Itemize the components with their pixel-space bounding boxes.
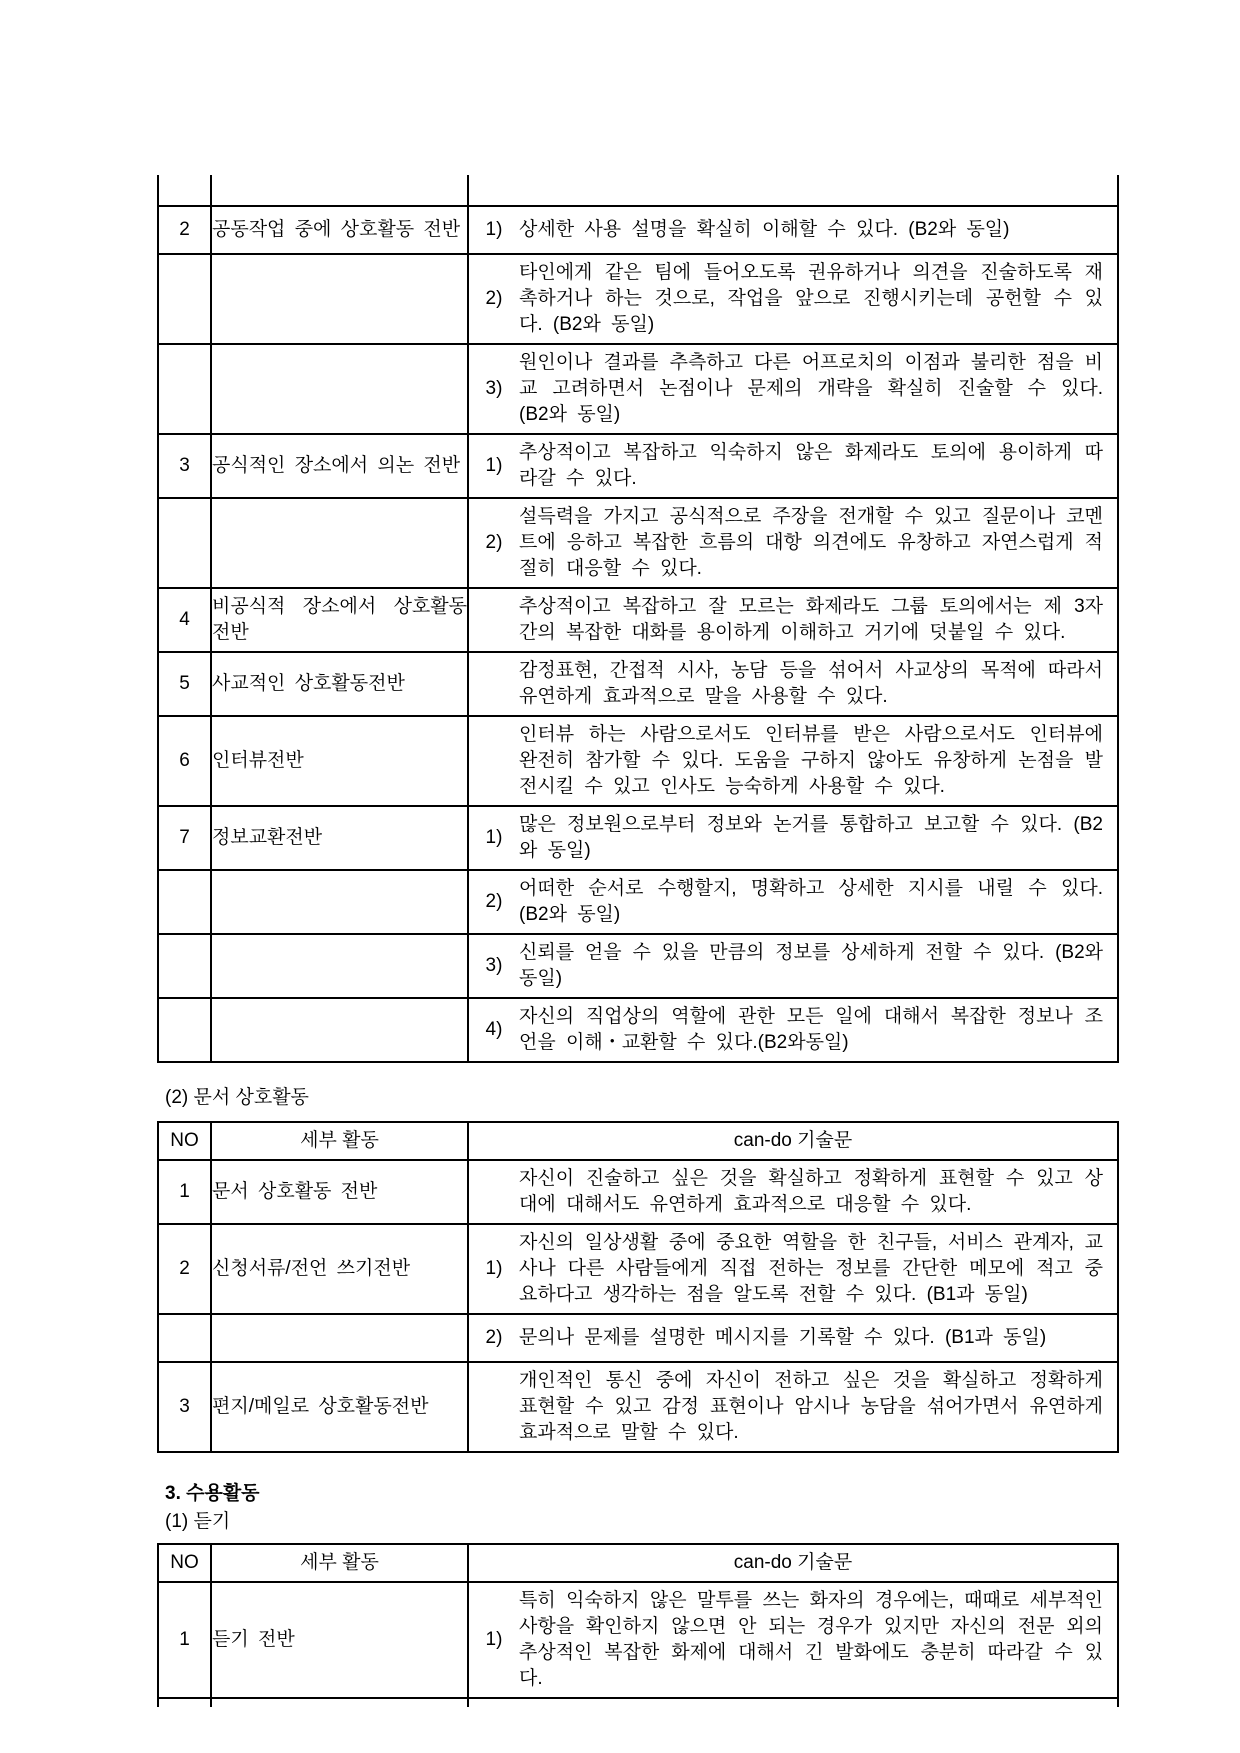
row-number-cell: 3 xyxy=(158,434,211,498)
cando-cell: 2) 타인에게 같은 팀에 들어오도록 권유하거나 의견을 진술하도록 재촉하거… xyxy=(468,254,1118,344)
table-row: 7 정보교환전반 1) 많은 정보원으로부터 정보와 논거를 통합하고 보고할 … xyxy=(158,806,1118,870)
cando-cell: 1) 많은 정보원으로부터 정보와 논거를 통합하고 보고할 수 있다. (B2… xyxy=(468,806,1118,870)
cando-cell: 1) 상세한 사용 설명을 확실히 이해할 수 있다. (B2와 동일) xyxy=(468,206,1118,254)
table-row: 2) 문의나 문제를 설명한 메시지를 기록할 수 있다. (B1과 동일) xyxy=(158,1314,1118,1362)
row-number-cell: 4 xyxy=(158,588,211,652)
table-row: 3) 신뢰를 얻을 수 있을 만큼의 정보를 상세하게 전할 수 있다. (B2… xyxy=(158,934,1118,998)
section-heading-written-interaction: (2) 문서 상호활동 xyxy=(165,1085,1240,1111)
col-header-activity: 세부 활동 xyxy=(211,1544,468,1582)
table-row: 6 인터뷰전반 인터뷰 하는 사람으로서도 인터뷰를 받은 사람으로서도 인터뷰… xyxy=(158,716,1118,806)
row-number-cell xyxy=(158,344,211,434)
activity-cell: 사교적인 상호활동전반 xyxy=(211,652,468,716)
cando-cell: 2) 설득력을 가지고 공식적으로 주장을 전개할 수 있고 질문이나 코멘트에… xyxy=(468,498,1118,588)
item-number: 1) xyxy=(469,1627,519,1653)
row-number-cell: 3 xyxy=(158,1362,211,1452)
cando-cell xyxy=(468,175,1118,206)
activity-cell xyxy=(211,870,468,934)
activity-cell xyxy=(211,998,468,1062)
table-row: 4 비공식적 장소에서 상호활동전반 추상적이고 복잡하고 잘 모르는 화제라도… xyxy=(158,588,1118,652)
activity-cell: 인터뷰전반 xyxy=(211,716,468,806)
page-content: 2 공동작업 중에 상호활동 전반 1) 상세한 사용 설명을 확실히 이해할 … xyxy=(0,0,1240,1707)
cando-cell: 1) 자신의 일상생활 중에 중요한 역할을 한 친구들, 서비스 관계자, 교… xyxy=(468,1224,1118,1314)
item-number: 2) xyxy=(469,530,519,556)
item-number: 1) xyxy=(469,825,519,851)
cando-item: 2) 설득력을 가지고 공식적으로 주장을 전개할 수 있고 질문이나 코멘트에… xyxy=(469,499,1117,587)
cando-cell: 자신이 진술하고 싶은 것을 확실하고 정확하게 표현할 수 있고 상대에 대해… xyxy=(468,1160,1118,1224)
table-row: 3 편지/메일로 상호활동전반 개인적인 통신 중에 자신이 전하고 싶은 것을… xyxy=(158,1362,1118,1452)
section-heading-reception: 3. 수용활동 xyxy=(165,1481,1240,1507)
table-row: 5 사교적인 상호활동전반 감정표현, 간접적 시사, 농담 등을 섞어서 사교… xyxy=(158,652,1118,716)
spoken-interaction-table-continued: 2 공동작업 중에 상호활동 전반 1) 상세한 사용 설명을 확실히 이해할 … xyxy=(157,175,1119,1063)
table-row: 2) 설득력을 가지고 공식적으로 주장을 전개할 수 있고 질문이나 코멘트에… xyxy=(158,498,1118,588)
item-text: 설득력을 가지고 공식적으로 주장을 전개할 수 있고 질문이나 코멘트에 응하… xyxy=(519,499,1117,587)
table-row: 2) 어떠한 순서로 수행할지, 명확하고 상세한 지시를 내릴 수 있다. (… xyxy=(158,870,1118,934)
item-text: 신뢰를 얻을 수 있을 만큼의 정보를 상세하게 전할 수 있다. (B2와 동… xyxy=(519,935,1117,997)
cando-item: 인터뷰 하는 사람으로서도 인터뷰를 받은 사람으로서도 인터뷰에 완전히 참가… xyxy=(469,717,1117,805)
activity-cell xyxy=(211,344,468,434)
item-number: 1) xyxy=(469,217,519,243)
cando-cell: 추상적이고 복잡하고 잘 모르는 화제라도 그룹 토의에서는 제 3자간의 복잡… xyxy=(468,588,1118,652)
item-number: 1) xyxy=(469,1256,519,1282)
table-row: 2) 타인에게 같은 팀에 들어오도록 권유하거나 의견을 진술하도록 재촉하거… xyxy=(158,254,1118,344)
row-number-cell: 7 xyxy=(158,806,211,870)
cando-item: 추상적이고 복잡하고 잘 모르는 화제라도 그룹 토의에서는 제 3자간의 복잡… xyxy=(469,589,1117,651)
activity-cell xyxy=(211,175,468,206)
item-text: 상세한 사용 설명을 확실히 이해할 수 있다. (B2와 동일) xyxy=(519,212,1117,248)
table-row: 1 문서 상호활동 전반 자신이 진술하고 싶은 것을 확실하고 정확하게 표현… xyxy=(158,1160,1118,1224)
item-text: 원인이나 결과를 추측하고 다른 어프로치의 이점과 불리한 점을 비교 고려하… xyxy=(519,345,1117,433)
table-row: 3) 원인이나 결과를 추측하고 다른 어프로치의 이점과 불리한 점을 비교 … xyxy=(158,344,1118,434)
cando-item: 자신이 진술하고 싶은 것을 확실하고 정확하게 표현할 수 있고 상대에 대해… xyxy=(469,1161,1117,1223)
subsection-heading-listening: (1) 듣기 xyxy=(165,1509,1240,1535)
cando-cell: 2) 어떠한 순서로 수행할지, 명확하고 상세한 지시를 내릴 수 있다. (… xyxy=(468,870,1118,934)
row-number-cell: 2 xyxy=(158,1224,211,1314)
activity-cell xyxy=(211,934,468,998)
item-number: 3) xyxy=(469,953,519,979)
cando-cell xyxy=(468,1698,1118,1707)
written-interaction-table: NO 세부 활동 can-do 기술문 1 문서 상호활동 전반 자신이 진술하… xyxy=(157,1121,1119,1453)
cando-cell: 1) 추상적이고 복잡하고 익숙하지 않은 화제라도 토의에 용이하게 따라갈 … xyxy=(468,434,1118,498)
col-header-no: NO xyxy=(158,1544,211,1582)
row-number-cell: 1 xyxy=(158,1582,211,1698)
row-number-cell: 6 xyxy=(158,716,211,806)
item-text: 추상적이고 복잡하고 익숙하지 않은 화제라도 토의에 용이하게 따라갈 수 있… xyxy=(519,435,1117,497)
col-header-activity: 세부 활동 xyxy=(211,1122,468,1160)
cando-item: 3) 신뢰를 얻을 수 있을 만큼의 정보를 상세하게 전할 수 있다. (B2… xyxy=(469,935,1117,997)
table-row: 3 공식적인 장소에서 의논 전반 1) 추상적이고 복잡하고 익숙하지 않은 … xyxy=(158,434,1118,498)
cando-item: 1) 특히 익숙하지 않은 말투를 쓰는 화자의 경우에는, 때때로 세부적인 … xyxy=(469,1583,1117,1697)
col-header-cando: can-do 기술문 xyxy=(468,1544,1118,1582)
cando-item: 1) 상세한 사용 설명을 확실히 이해할 수 있다. (B2와 동일) xyxy=(469,207,1117,253)
activity-cell: 정보교환전반 xyxy=(211,806,468,870)
activity-cell xyxy=(211,1314,468,1362)
activity-cell: 공식적인 장소에서 의논 전반 xyxy=(211,434,468,498)
cando-cell: 개인적인 통신 중에 자신이 전하고 싶은 것을 확실하고 정확하게 표현할 수… xyxy=(468,1362,1118,1452)
item-text: 특히 익숙하지 않은 말투를 쓰는 화자의 경우에는, 때때로 세부적인 사항을… xyxy=(519,1583,1117,1697)
table-header-row: NO 세부 활동 can-do 기술문 xyxy=(158,1122,1118,1160)
cando-cell: 3) 원인이나 결과를 추측하고 다른 어프로치의 이점과 불리한 점을 비교 … xyxy=(468,344,1118,434)
item-number: 2) xyxy=(469,1325,519,1351)
cando-cell: 인터뷰 하는 사람으로서도 인터뷰를 받은 사람으로서도 인터뷰에 완전히 참가… xyxy=(468,716,1118,806)
row-number-cell xyxy=(158,998,211,1062)
item-number: 2) xyxy=(469,889,519,915)
activity-cell xyxy=(211,254,468,344)
row-number-cell xyxy=(158,498,211,588)
cando-item: 2) 어떠한 순서로 수행할지, 명확하고 상세한 지시를 내릴 수 있다. (… xyxy=(469,871,1117,933)
item-text: 개인적인 통신 중에 자신이 전하고 싶은 것을 확실하고 정확하게 표현할 수… xyxy=(519,1363,1117,1451)
cando-item: 3) 원인이나 결과를 추측하고 다른 어프로치의 이점과 불리한 점을 비교 … xyxy=(469,345,1117,433)
item-text: 인터뷰 하는 사람으로서도 인터뷰를 받은 사람으로서도 인터뷰에 완전히 참가… xyxy=(519,717,1117,805)
cando-cell: 3) 신뢰를 얻을 수 있을 만큼의 정보를 상세하게 전할 수 있다. (B2… xyxy=(468,934,1118,998)
table-header-row: NO 세부 활동 can-do 기술문 xyxy=(158,1544,1118,1582)
item-text: 추상적이고 복잡하고 잘 모르는 화제라도 그룹 토의에서는 제 3자간의 복잡… xyxy=(519,589,1117,651)
cando-item: 1) 많은 정보원으로부터 정보와 논거를 통합하고 보고할 수 있다. (B2… xyxy=(469,807,1117,869)
table-row-stub xyxy=(158,1698,1118,1707)
cando-item: 감정표현, 간접적 시사, 농담 등을 섞어서 사교상의 목적에 따라서 유연하… xyxy=(469,653,1117,715)
col-header-cando: can-do 기술문 xyxy=(468,1122,1118,1160)
row-number-cell xyxy=(158,1314,211,1362)
listening-table: NO 세부 활동 can-do 기술문 1 듣기 전반 1) 특히 익숙하지 않… xyxy=(157,1543,1119,1707)
item-text: 어떠한 순서로 수행할지, 명확하고 상세한 지시를 내릴 수 있다. (B2와… xyxy=(519,871,1117,933)
table-row: 2 신청서류/전언 쓰기전반 1) 자신의 일상생활 중에 중요한 역할을 한 … xyxy=(158,1224,1118,1314)
table-row: 1 듣기 전반 1) 특히 익숙하지 않은 말투를 쓰는 화자의 경우에는, 때… xyxy=(158,1582,1118,1698)
row-number-cell xyxy=(158,175,211,206)
table-row-stub xyxy=(158,175,1118,206)
item-text: 자신이 진술하고 싶은 것을 확실하고 정확하게 표현할 수 있고 상대에 대해… xyxy=(519,1161,1117,1223)
cando-cell: 4) 자신의 직업상의 역할에 관한 모든 일에 대해서 복잡한 정보나 조언을… xyxy=(468,998,1118,1062)
row-number-cell xyxy=(158,254,211,344)
row-number-cell xyxy=(158,934,211,998)
row-number-cell xyxy=(158,1698,211,1707)
activity-cell: 신청서류/전언 쓰기전반 xyxy=(211,1224,468,1314)
cando-item: 개인적인 통신 중에 자신이 전하고 싶은 것을 확실하고 정확하게 표현할 수… xyxy=(469,1363,1117,1451)
item-text: 많은 정보원으로부터 정보와 논거를 통합하고 보고할 수 있다. (B2와 동… xyxy=(519,807,1117,869)
activity-cell xyxy=(211,498,468,588)
activity-cell: 문서 상호활동 전반 xyxy=(211,1160,468,1224)
item-text: 타인에게 같은 팀에 들어오도록 권유하거나 의견을 진술하도록 재촉하거나 하… xyxy=(519,255,1117,343)
table-row: 4) 자신의 직업상의 역할에 관한 모든 일에 대해서 복잡한 정보나 조언을… xyxy=(158,998,1118,1062)
activity-cell: 듣기 전반 xyxy=(211,1582,468,1698)
item-text: 문의나 문제를 설명한 메시지를 기록할 수 있다. (B1과 동일) xyxy=(519,1320,1117,1356)
activity-cell: 공동작업 중에 상호활동 전반 xyxy=(211,206,468,254)
cando-item: 4) 자신의 직업상의 역할에 관한 모든 일에 대해서 복잡한 정보나 조언을… xyxy=(469,999,1117,1061)
cando-item: 1) 추상적이고 복잡하고 익숙하지 않은 화제라도 토의에 용이하게 따라갈 … xyxy=(469,435,1117,497)
cando-cell: 2) 문의나 문제를 설명한 메시지를 기록할 수 있다. (B1과 동일) xyxy=(468,1314,1118,1362)
item-number: 1) xyxy=(469,453,519,479)
item-text: 자신의 직업상의 역할에 관한 모든 일에 대해서 복잡한 정보나 조언을 이해… xyxy=(519,999,1117,1061)
document-page: 2 공동작업 중에 상호활동 전반 1) 상세한 사용 설명을 확실히 이해할 … xyxy=(0,0,1240,1753)
cando-item: 1) 자신의 일상생활 중에 중요한 역할을 한 친구들, 서비스 관계자, 교… xyxy=(469,1225,1117,1313)
item-number: 3) xyxy=(469,376,519,402)
item-number: 2) xyxy=(469,286,519,312)
cando-cell: 감정표현, 간접적 시사, 농담 등을 섞어서 사교상의 목적에 따라서 유연하… xyxy=(468,652,1118,716)
item-text: 감정표현, 간접적 시사, 농담 등을 섞어서 사교상의 목적에 따라서 유연하… xyxy=(519,653,1117,715)
cando-cell: 1) 특히 익숙하지 않은 말투를 쓰는 화자의 경우에는, 때때로 세부적인 … xyxy=(468,1582,1118,1698)
row-number-cell: 2 xyxy=(158,206,211,254)
cando-item: 2) 타인에게 같은 팀에 들어오도록 권유하거나 의견을 진술하도록 재촉하거… xyxy=(469,255,1117,343)
table-row: 2 공동작업 중에 상호활동 전반 1) 상세한 사용 설명을 확실히 이해할 … xyxy=(158,206,1118,254)
col-header-no: NO xyxy=(158,1122,211,1160)
row-number-cell: 1 xyxy=(158,1160,211,1224)
row-number-cell xyxy=(158,870,211,934)
item-text: 자신의 일상생활 중에 중요한 역할을 한 친구들, 서비스 관계자, 교사나 … xyxy=(519,1225,1117,1313)
item-number: 4) xyxy=(469,1017,519,1043)
cando-item: 2) 문의나 문제를 설명한 메시지를 기록할 수 있다. (B1과 동일) xyxy=(469,1315,1117,1361)
activity-cell xyxy=(211,1698,468,1707)
activity-cell: 편지/메일로 상호활동전반 xyxy=(211,1362,468,1452)
row-number-cell: 5 xyxy=(158,652,211,716)
activity-cell: 비공식적 장소에서 상호활동전반 xyxy=(211,588,468,652)
